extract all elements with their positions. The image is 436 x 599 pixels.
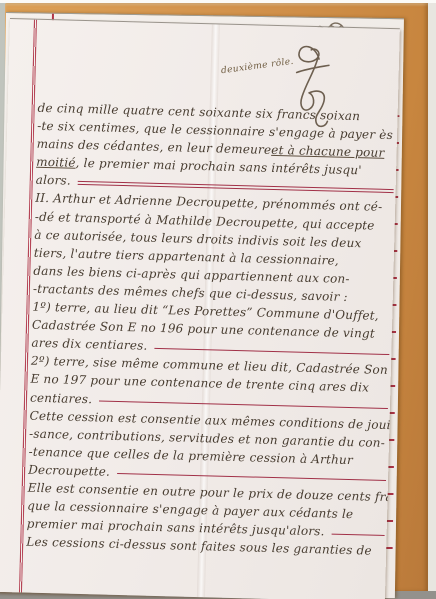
manuscript-page: deuxième rôle. de cinq mille quatre cent… [0,18,400,599]
docket-note: deuxième rôle. [220,57,294,76]
scan-edge-right [428,3,436,593]
red-ink-rule [117,473,386,481]
manuscript-text: alors. [36,171,72,190]
manuscript-text: moitié [36,153,76,172]
manuscript-text: centiares. [30,388,93,408]
manuscript-text: Decroupette. [28,461,110,481]
manuscript-text-block: de cinq mille quatre cent soixante six f… [26,99,396,561]
red-ink-rule [99,401,388,410]
red-ink-rule [154,348,389,355]
scanned-document: deuxième rôle. de cinq mille quatre cent… [0,0,436,599]
red-ink-rule [332,533,385,535]
